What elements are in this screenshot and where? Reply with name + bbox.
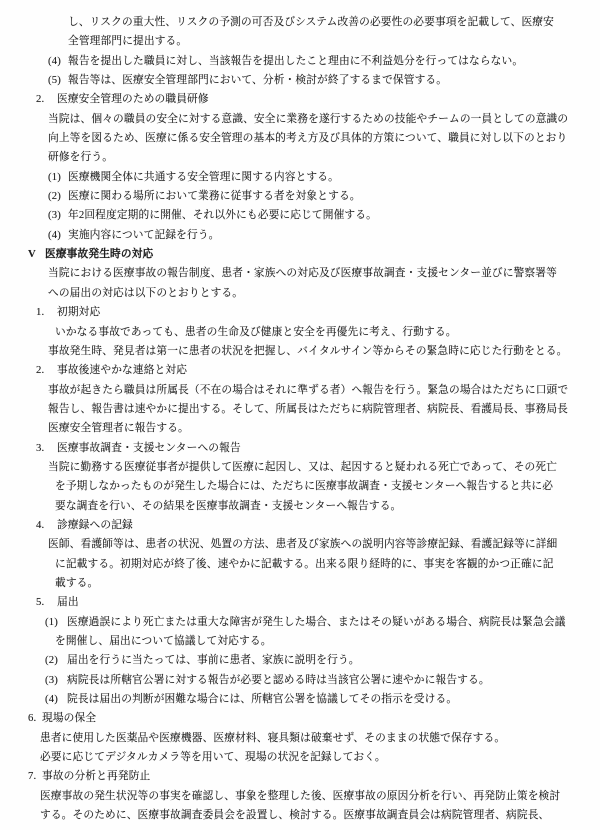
line-text: 現場の保全 — [42, 712, 96, 724]
line-text: 院長は届出の判断が困難な場合には、所轄官公署を協議してその指示を受ける。 — [67, 693, 457, 705]
line-text: 医療事故発生時の対応 — [45, 248, 153, 260]
list-marker: 3. — [36, 439, 57, 458]
line-text: を開催し、届出について協議して対応する。 — [55, 635, 272, 647]
list-marker: (4) — [45, 690, 67, 709]
line-text: 報告等は、医療安全管理部門において、分析・検討が終了するまで保管する。 — [68, 74, 447, 86]
list-item-line: (4)実施内容について記録を行う。 — [0, 226, 600, 245]
numbered-section-line: 2.事故後速やかな連絡と対応 — [0, 361, 600, 380]
list-item-line: (4)報告を提出した職員に対し、当該報告を提出したこと理由に不利益処分を行っては… — [0, 52, 600, 71]
list-item-line: (3)年2回程度定期的に開催、それ以外にも必要に応じて開催する。 — [0, 206, 600, 225]
paragraph-line: 研修を行う。 — [0, 148, 600, 167]
numbered-section-line: 7.事故の分析と再発防止 — [0, 767, 600, 786]
line-text: 研修を行う。 — [48, 151, 113, 163]
list-marker: (3) — [48, 206, 68, 225]
numbered-section-line: 4.診療録への記録 — [0, 516, 600, 535]
line-text: 医師、看護師等は、患者の状況、処置の方法、患者及び家族への説明内容等診療記録、看… — [48, 538, 557, 550]
list-marker: (1) — [45, 613, 67, 632]
list-marker: 2. — [36, 90, 57, 109]
paragraph-line: 報告し、報告書は速やかに提出する。そして、所属長はただちに病院管理者、病院長、看… — [0, 400, 600, 419]
list-marker: 5. — [36, 593, 57, 612]
paragraph-line: を開催し、届出について協議して対応する。 — [0, 632, 600, 651]
line-text: 医療機関全体に共通する安全管理に関する内容とする。 — [68, 171, 339, 183]
line-text: 載する。 — [55, 577, 98, 589]
paragraph-line: 事故発生時、発見者は第一に患者の状況を把握し、バイタルサイン等からその緊急時に応… — [0, 342, 600, 361]
document-body: し、リスクの重大性、リスクの予測の可否及びシステム改善の必要性の必要事項を記載し… — [0, 13, 600, 825]
numbered-section-line: 5.届出 — [0, 593, 600, 612]
line-text: 医療事故調査・支援センターへの報告 — [57, 442, 241, 454]
numbered-section-line: 3.医療事故調査・支援センターへの報告 — [0, 439, 600, 458]
paragraph-line: 医師、看護師等は、患者の状況、処置の方法、患者及び家族への説明内容等診療記録、看… — [0, 535, 600, 554]
paragraph-line: 事故が起きたら職員は所属長（不在の場合はそれに準ずる者）へ報告を行う。緊急の場合… — [0, 381, 600, 400]
line-text: への届出の対応は以下のとおりとする。 — [48, 287, 243, 299]
continuation-line: 全管理部門に提出する。 — [0, 32, 600, 51]
list-item-line: (3)病院長は所轄官公署に対する報告が必要と認める時は当該官公署に速やかに報告す… — [0, 671, 600, 690]
continuation-line: し、リスクの重大性、リスクの予測の可否及びシステム改善の必要性の必要事項を記載し… — [0, 13, 600, 32]
line-text: 診療録への記録 — [57, 519, 133, 531]
paragraph-line: 必要に応じてデジタルカメラ等を用いて、現場の状況を記録しておく。 — [0, 748, 600, 767]
line-text: 事故の分析と再発防止 — [42, 770, 150, 782]
paragraph-line: 患者に使用した医薬品や医療機器、医療材料、寝具類は破棄せず、そのままの状態で保存… — [0, 729, 600, 748]
line-text: 届出 — [57, 596, 79, 608]
paragraph-line: 当院は、個々の職員の安全に対する意識、安全に業務を遂行するための技能やチームの一… — [0, 110, 600, 129]
line-text: 当院に勤務する医療従事者が提供して医療に起因し、又は、起因すると疑われる死亡であ… — [48, 461, 557, 473]
list-item-line: (1)医療機関全体に共通する安全管理に関する内容とする。 — [0, 168, 600, 187]
line-text: し、リスクの重大性、リスクの予測の可否及びシステム改善の必要性の必要事項を記載し… — [68, 16, 554, 28]
paragraph-line: 医療安全管理者に報告する。 — [0, 419, 600, 438]
list-item-line: (2)届出を行うに当たっては、事前に患者、家族に説明を行う。 — [0, 651, 600, 670]
paragraph-line: に記載する。初期対応が終了後、速やかに記載する。出来る限り経時的に、事実を客観的… — [0, 555, 600, 574]
list-marker: (5) — [48, 71, 68, 90]
line-text: 医療に関わる場所において業務に従事する者を対象とする。 — [68, 190, 361, 202]
line-text: 当院は、個々の職員の安全に対する意識、安全に業務を遂行するための技能やチームの一… — [48, 113, 568, 125]
list-marker: 6. — [28, 709, 42, 728]
list-marker: V — [28, 245, 45, 264]
list-marker: (2) — [45, 651, 67, 670]
list-marker: (2) — [48, 187, 68, 206]
line-text: 届出を行うに当たっては、事前に患者、家族に説明を行う。 — [67, 654, 360, 666]
list-marker: 1. — [36, 303, 57, 322]
line-text: 事故が起きたら職員は所属長（不在の場合はそれに準ずる者）へ報告を行う。緊急の場合… — [48, 384, 568, 396]
paragraph-line: 向上等を図るため、医療に係る安全管理の基本的考え方及び具体的方策について、職員に… — [0, 129, 600, 148]
line-text: 報告を提出した職員に対し、当該報告を提出したこと理由に不利益処分を行ってはならな… — [68, 55, 523, 67]
line-text: 当院における医療事故の報告制度、患者・家族への対応及び医療事故調査・支援センター… — [48, 267, 557, 279]
line-text: 向上等を図るため、医療に係る安全管理の基本的考え方及び具体的方策について、職員に… — [48, 132, 567, 144]
line-text: する。そのために、医療事故調査委員会を設置し、検討する。医療事故調査員会は病院管… — [40, 809, 549, 821]
paragraph-line: 医療事故の発生状況等の事実を確認し、事象を整理した後、医療事故の原因分析を行い、… — [0, 787, 600, 806]
line-text: 医療過誤により死亡または重大な障害が発生した場合、またはその疑いがある場合、病院… — [67, 616, 566, 628]
paragraph-line: 当院に勤務する医療従事者が提供して医療に起因し、又は、起因すると疑われる死亡であ… — [0, 458, 600, 477]
numbered-section-line: 2.医療安全管理のための職員研修 — [0, 90, 600, 109]
line-text: 事故後速やかな連絡と対応 — [57, 364, 187, 376]
paragraph-line: 載する。 — [0, 574, 600, 593]
line-text: 必要に応じてデジタルカメラ等を用いて、現場の状況を記録しておく。 — [40, 751, 386, 763]
list-item-line: (5)報告等は、医療安全管理部門において、分析・検討が終了するまで保管する。 — [0, 71, 600, 90]
list-marker: (3) — [45, 671, 67, 690]
line-text: 事故発生時、発見者は第一に患者の状況を把握し、バイタルサイン等からその緊急時に応… — [48, 345, 567, 357]
list-marker: (4) — [48, 52, 68, 71]
list-marker: (4) — [48, 226, 68, 245]
list-marker: (1) — [48, 168, 68, 187]
list-marker: 4. — [36, 516, 57, 535]
numbered-section-line: 1.初期対応 — [0, 303, 600, 322]
line-text: 医療事故の発生状況等の事実を確認し、事象を整理した後、医療事故の原因分析を行い、… — [40, 790, 560, 802]
line-text: 年2回程度定期的に開催、それ以外にも必要に応じて開催する。 — [68, 209, 377, 221]
line-text: 要な調査を行い、その結果を医療事故調査・支援センターへ報告する。 — [55, 500, 401, 512]
paragraph-line: する。そのために、医療事故調査委員会を設置し、検討する。医療事故調査員会は病院管… — [0, 806, 600, 825]
line-text: 医療安全管理のための職員研修 — [57, 93, 209, 105]
section-heading-line: V医療事故発生時の対応 — [0, 245, 600, 264]
paragraph-line: いかなる事故であっても、患者の生命及び健康と安全を再優先に考え、行動する。 — [0, 323, 600, 342]
list-item-line: (1)医療過誤により死亡または重大な障害が発生した場合、またはその疑いがある場合… — [0, 613, 600, 632]
line-text: 初期対応 — [57, 306, 100, 318]
list-item-line: (4)院長は届出の判断が困難な場合には、所轄官公署を協議してその指示を受ける。 — [0, 690, 600, 709]
line-text: 医療安全管理者に報告する。 — [48, 422, 189, 434]
list-item-line: (2)医療に関わる場所において業務に従事する者を対象とする。 — [0, 187, 600, 206]
line-text: 病院長は所轄官公署に対する報告が必要と認める時は当該官公署に速やかに報告する。 — [67, 674, 490, 686]
paragraph-line: への届出の対応は以下のとおりとする。 — [0, 284, 600, 303]
line-text: 全管理部門に提出する。 — [68, 35, 187, 47]
line-text: に記載する。初期対応が終了後、速やかに記載する。出来る限り経時的に、事実を客観的… — [55, 558, 554, 570]
paragraph-line: を予期しなかったものが発生した場合には、ただちに医療事故調査・支援センターへ報告… — [0, 477, 600, 496]
line-text: 報告し、報告書は速やかに提出する。そして、所属長はただちに病院管理者、病院長、看… — [48, 403, 568, 415]
list-marker: 2. — [36, 361, 57, 380]
paragraph-line: 要な調査を行い、その結果を医療事故調査・支援センターへ報告する。 — [0, 497, 600, 516]
list-marker: 7. — [28, 767, 42, 786]
line-text: を予期しなかったものが発生した場合には、ただちに医療事故調査・支援センターへ報告… — [55, 480, 553, 492]
line-text: いかなる事故であっても、患者の生命及び健康と安全を再優先に考え、行動する。 — [55, 326, 457, 338]
numbered-section-line: 6.現場の保全 — [0, 709, 600, 728]
document-page: し、リスクの重大性、リスクの予測の可否及びシステム改善の必要性の必要事項を記載し… — [0, 0, 600, 830]
line-text: 実施内容について記録を行う。 — [68, 229, 220, 241]
line-text: 患者に使用した医薬品や医療機器、医療材料、寝具類は破棄せず、そのままの状態で保存… — [40, 732, 505, 744]
paragraph-line: 当院における医療事故の報告制度、患者・家族への対応及び医療事故調査・支援センター… — [0, 264, 600, 283]
